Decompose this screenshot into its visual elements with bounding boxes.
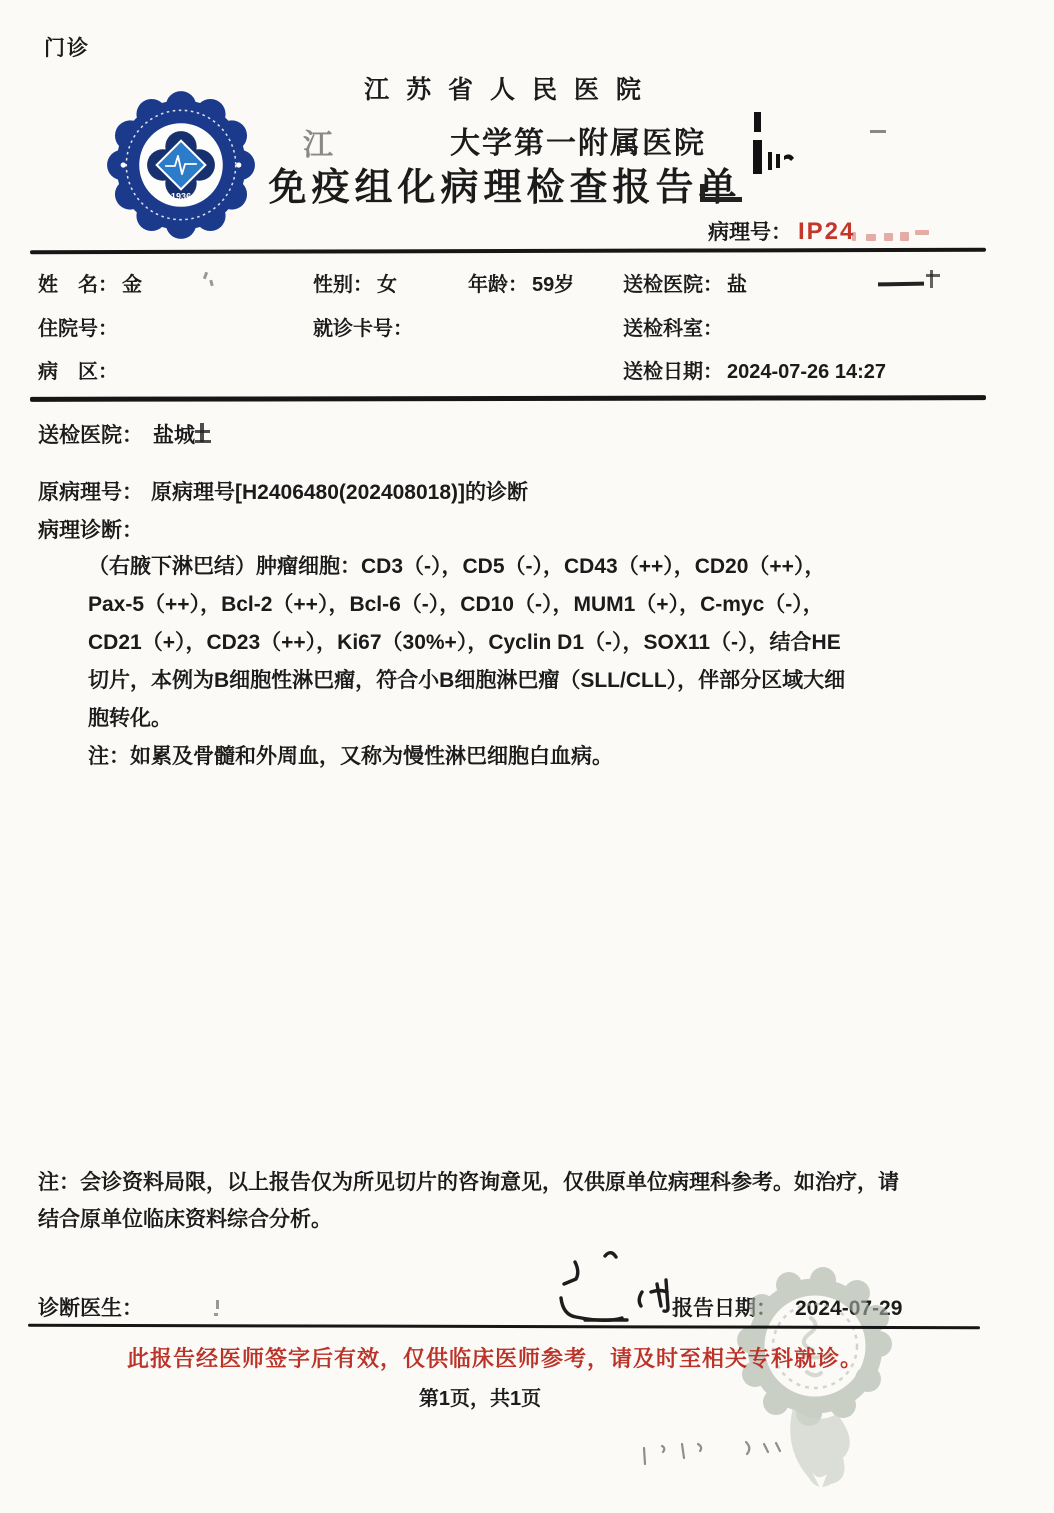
original-pathology-no-row: 原病理号：原病理号[H2406480(202408018)]的诊断 (38, 476, 528, 506)
sending-hospital-row-label: 送检医院： (38, 424, 143, 447)
sending-dept-label: 送检科室： (623, 318, 723, 340)
partial-character-remnant (195, 430, 210, 433)
ward-field: 病 区： (38, 355, 118, 384)
sending-hospital-field: 送检医院：盐 (623, 268, 747, 297)
faint-handwriting-marks (636, 1440, 806, 1476)
pathology-report-page: 门诊 1936 江 苏 省 人 民 医 院 江 大学第一附属医院 免疫组化病理检… (0, 0, 1054, 1513)
separator-line (30, 395, 986, 402)
erased-text-remnant (700, 197, 742, 202)
pathology-number: 病理号：IP24 (708, 216, 855, 246)
original-pathology-no-label: 原病理号： (38, 481, 143, 504)
diagnosis-section-label: 病理诊断： (38, 514, 143, 544)
sending-hospital-label: 送检医院： (623, 274, 723, 296)
partial-character-remnant (195, 440, 211, 443)
original-pathology-no-value: 原病理号[H2406480(202408018)]的诊断 (151, 481, 528, 504)
send-date-label: 送检日期： (623, 361, 723, 383)
send-date-field: 送检日期：2024-07-26 14:27 (623, 355, 886, 384)
page-number: 第1页，共1页 (30, 1382, 930, 1411)
visit-type-label: 门诊 (44, 32, 90, 62)
separator-line (30, 248, 986, 255)
footer-note: 注：会诊资料局限，以上报告仅为所见切片的咨询意见，仅供原单位病理科参考。如治疗，… (38, 1164, 988, 1238)
redaction-dash-remnant (878, 282, 924, 287)
card-no-label: 就诊卡号： (313, 318, 413, 340)
diagnosis-text: （右腋下淋巴结）肿瘤细胞：CD3（-），CD5（-），CD43（++），CD20… (88, 548, 988, 776)
redacted-character-remnant (926, 274, 940, 277)
gender-value: 女 (377, 274, 397, 296)
faded-digit-remnant (915, 230, 929, 235)
card-no-field: 就诊卡号： (313, 312, 413, 341)
redacted-signature-remnant (216, 1300, 219, 1309)
age-value: 59岁 (532, 274, 574, 296)
pathology-number-value: IP24 (798, 218, 855, 245)
redacted-character-remnant (930, 270, 933, 288)
ward-label: 病 区： (38, 361, 118, 383)
sending-dept-field: 送检科室： (623, 312, 723, 341)
sending-hospital-row-value: 盐城 (153, 424, 195, 447)
faded-digit-remnant (900, 232, 909, 241)
faded-digit-remnant (866, 234, 876, 241)
redacted-character-remnant (203, 272, 208, 280)
age-label: 年龄： (468, 274, 528, 296)
barcode-remnant-icon (752, 110, 902, 180)
inpatient-no-field: 住院号： (38, 312, 118, 341)
faded-digit-remnant (884, 233, 893, 241)
gender-field: 性别：女 (313, 268, 397, 297)
patient-name-value: 金 (122, 274, 142, 296)
validity-notice: 此报告经医师签字后有效，仅供临床医师参考，请及时至相关专科就诊。 (30, 1342, 960, 1373)
hospital-name: 江 苏 省 人 民 医 院 (0, 70, 1010, 106)
age-field: 年龄：59岁 (468, 268, 574, 297)
redacted-signature-remnant (214, 1313, 218, 1316)
sending-hospital-value: 盐 (727, 274, 747, 296)
faded-digit-remnant (852, 232, 856, 241)
inpatient-no-label: 住院号： (38, 318, 118, 340)
send-date-value: 2024-07-26 14:27 (727, 361, 886, 383)
redacted-character-remnant (209, 280, 213, 287)
gender-label: 性别： (313, 274, 373, 296)
pathology-number-label: 病理号： (708, 221, 792, 244)
patient-name-label: 姓 名： (38, 274, 118, 296)
sending-hospital-row: 送检医院：盐城 (38, 419, 195, 449)
diagnosing-doctor-label: 诊断医生： (38, 1292, 143, 1322)
patient-name-field: 姓 名：金 (38, 268, 142, 297)
